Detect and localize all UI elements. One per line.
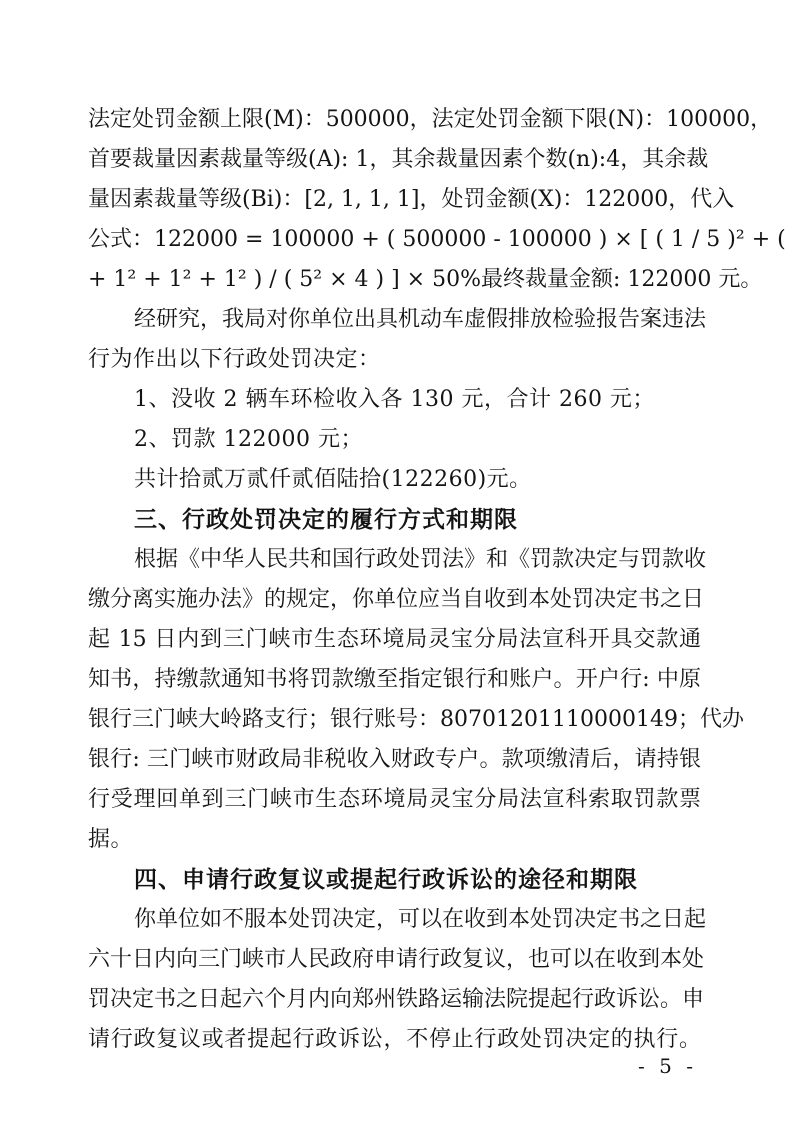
- document-page: 法定处罚金额上限(M)：500000，法定处罚金额下限(N)：100000，首要…: [0, 0, 793, 1122]
- text-line: 经研究，我局对你单位出具机动车虚假排放检验报告案违法: [88, 300, 701, 340]
- text-line: 行为作出以下行政处罚决定：: [88, 340, 701, 380]
- text-line: 共计拾贰万贰仟贰佰陆拾(122260)元。: [88, 460, 701, 500]
- page-number: - 5 -: [88, 1054, 697, 1078]
- section-heading: 四、申请行政复议或提起行政诉讼的途径和期限: [88, 860, 701, 900]
- text-line: 1、没收 2 辆车环检收入各 130 元，合计 260 元；: [88, 380, 701, 420]
- text-line: 六十日内向三门峡市人民政府申请行政复议，也可以在收到本处: [88, 940, 701, 980]
- text-line: 罚决定书之日起六个月内向郑州铁路运输法院提起行政诉讼。申: [88, 980, 701, 1020]
- text-line: 银行: 三门峡市财政局非税收入财政专户。款项缴清后，请持银: [88, 740, 701, 780]
- section-heading: 三、行政处罚决定的履行方式和期限: [88, 500, 701, 540]
- text-line: 首要裁量因素裁量等级(A): 1，其余裁量因素个数(n):4，其余裁: [88, 140, 701, 180]
- text-line: + 1² + 1² + 1² ) / ( 5² × 4 ) ] × 50%最终裁…: [88, 260, 701, 300]
- document-body: 法定处罚金额上限(M)：500000，法定处罚金额下限(N)：100000，首要…: [88, 100, 701, 1060]
- text-line: 你单位如不服本处罚决定，可以在收到本处罚决定书之日起: [88, 900, 701, 940]
- text-line: 根据《中华人民共和国行政处罚法》和《罚款决定与罚款收: [88, 540, 701, 580]
- text-line: 银行三门峡大岭路支行；银行账号：80701201110000149；代办: [88, 700, 701, 740]
- text-line: 缴分离实施办法》的规定，你单位应当自收到本处罚决定书之日: [88, 580, 701, 620]
- text-line: 法定处罚金额上限(M)：500000，法定处罚金额下限(N)：100000，: [88, 100, 701, 140]
- text-line: 2、罚款 122000 元；: [88, 420, 701, 460]
- text-line: 起 15 日内到三门峡市生态环境局灵宝分局法宣科开具交款通: [88, 620, 701, 660]
- text-line: 知书，持缴款通知书将罚款缴至指定银行和账户。开户行: 中原: [88, 660, 701, 700]
- text-line: 行受理回单到三门峡市生态环境局灵宝分局法宣科索取罚款票: [88, 780, 701, 820]
- text-line: 量因素裁量等级(Bi)：[2, 1, 1, 1]，处罚金额(X)：122000，…: [88, 180, 701, 220]
- text-line: 据。: [88, 820, 701, 860]
- text-line: 公式：122000 = 100000 + ( 500000 - 100000 )…: [88, 220, 701, 260]
